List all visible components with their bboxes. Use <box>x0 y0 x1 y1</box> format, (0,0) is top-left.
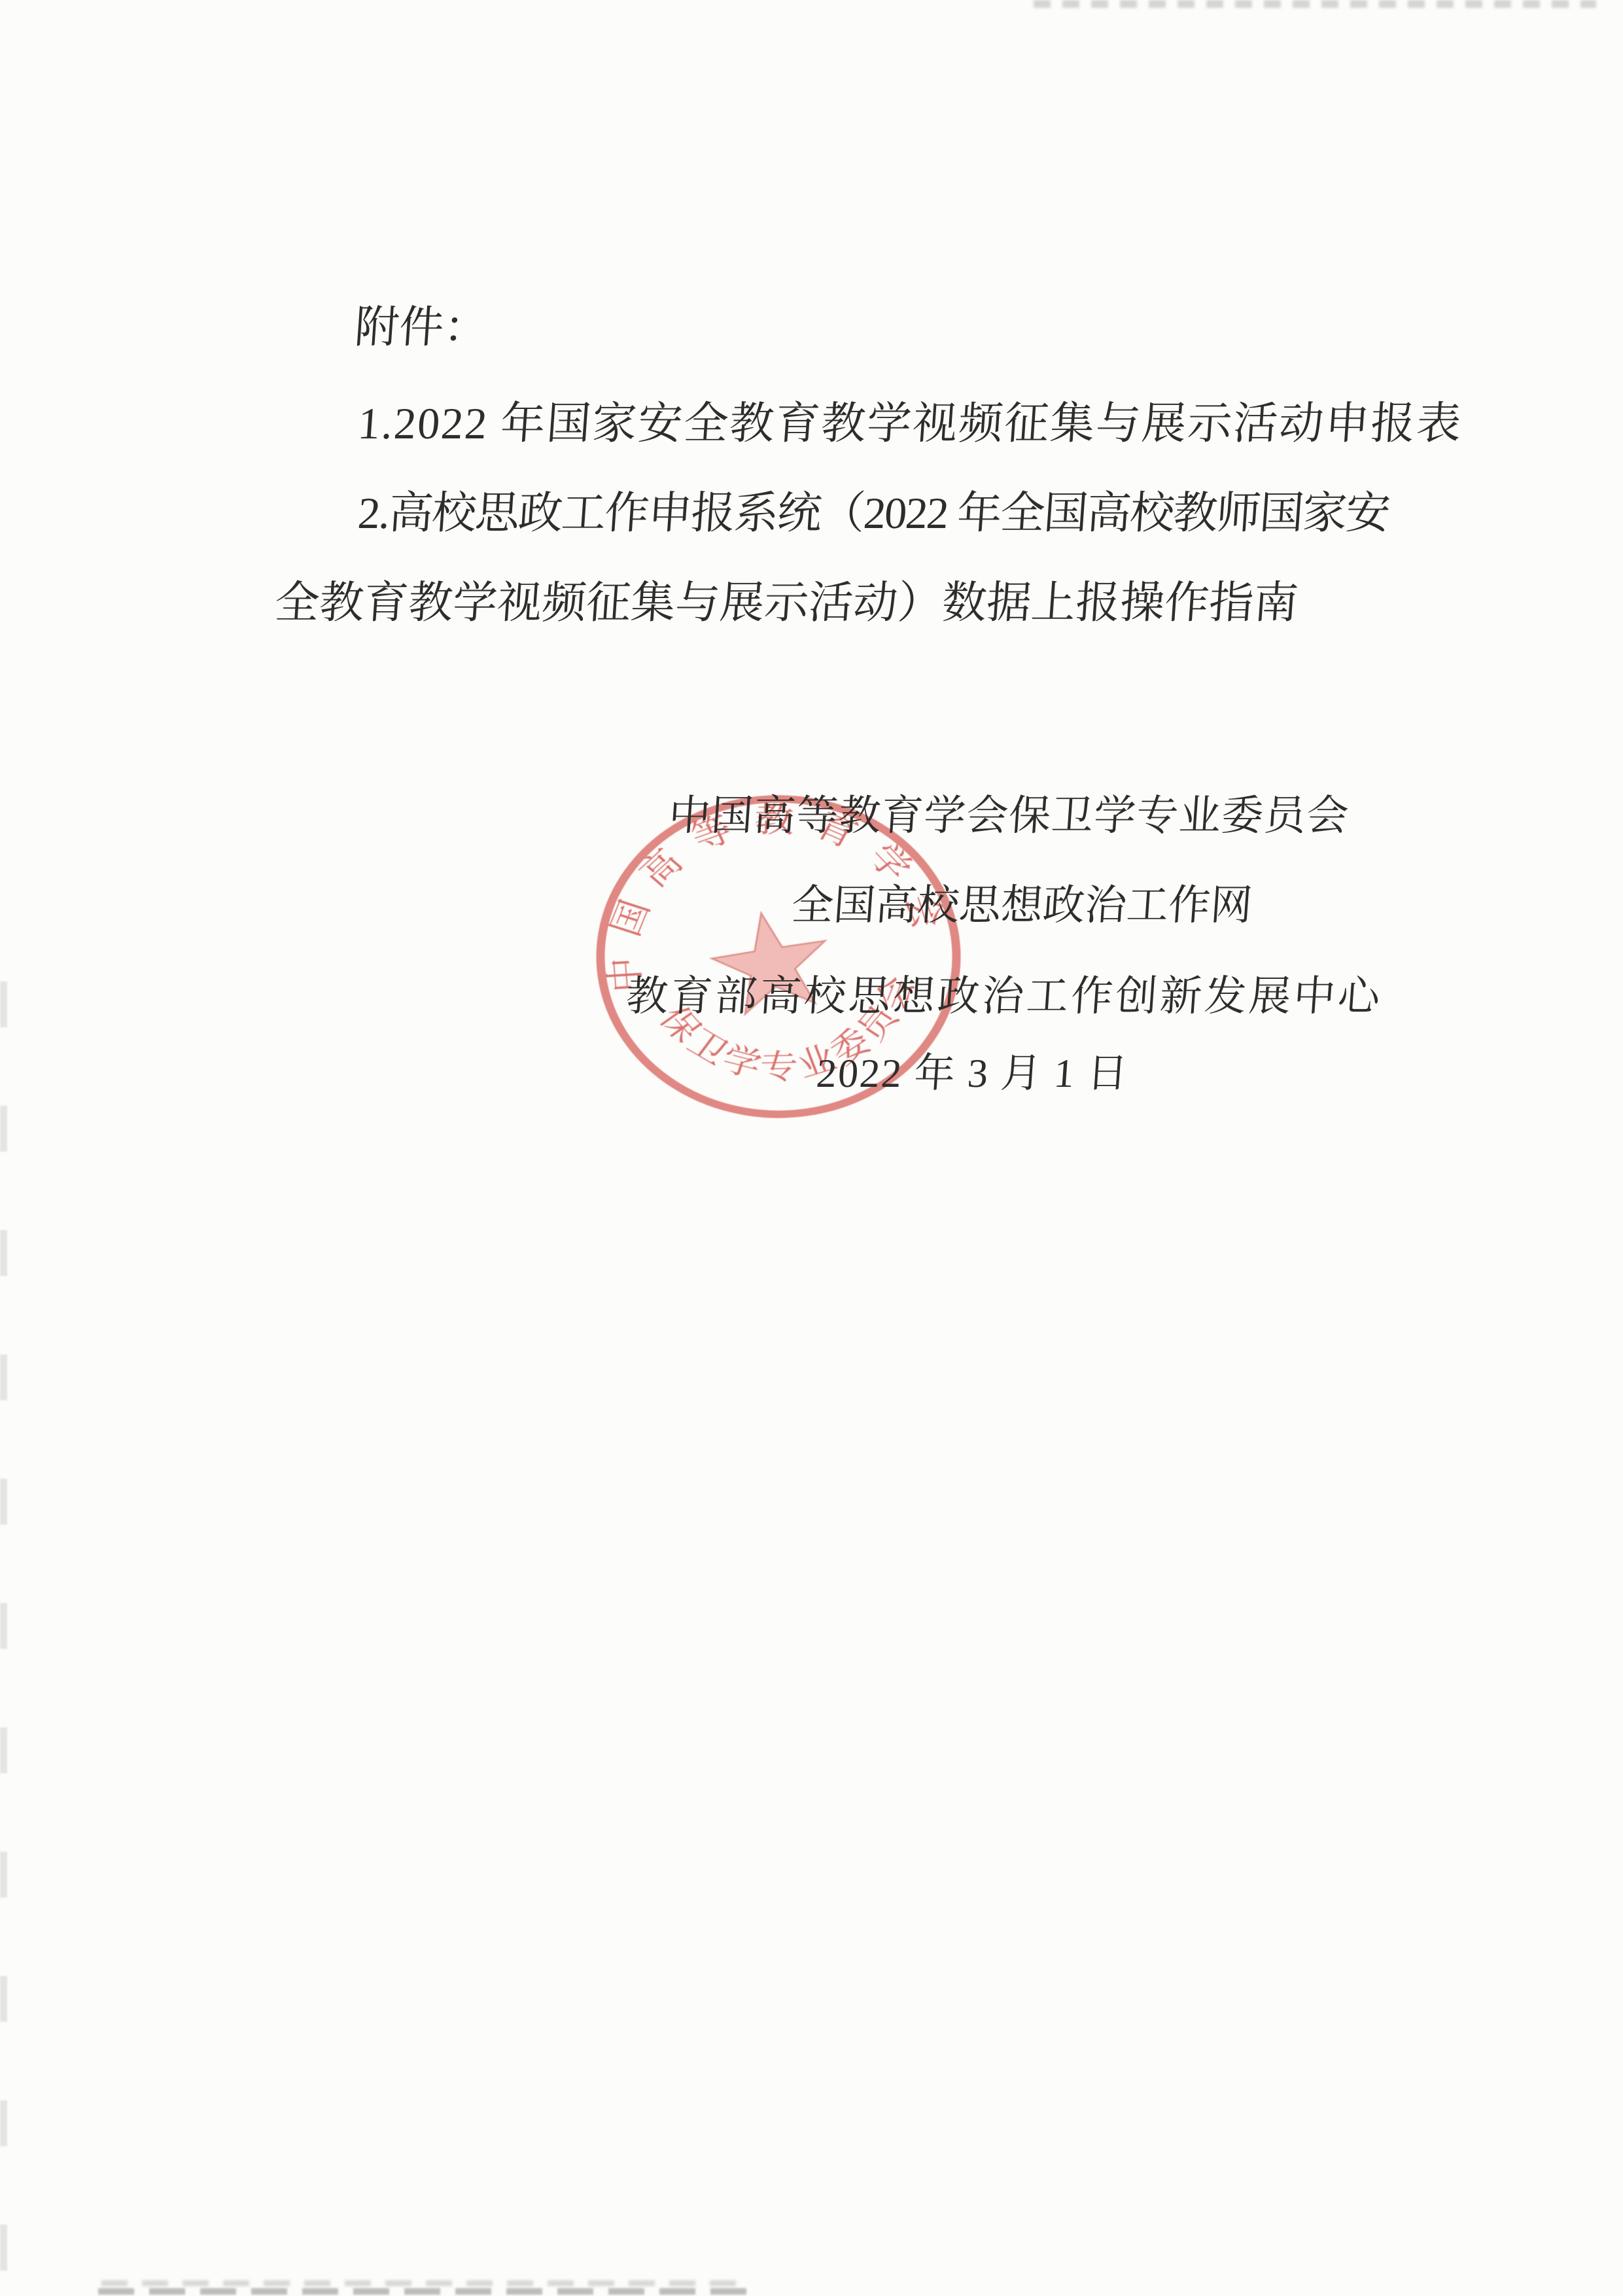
scan-artifact-bottom-edge <box>101 2280 749 2286</box>
attachment-item-1: 1.2022 年国家安全教育教学视频征集与展示活动申报表 <box>357 401 1464 446</box>
document-date: 2022 年 3 月 1 日 <box>815 1053 1130 1094</box>
scan-artifact-left-edge <box>0 981 7 2277</box>
attachment-item-2: 2.高校思政工作申报系统（2022 年全国高校教师国家安 <box>357 491 1391 535</box>
attachment-label: 附件： <box>353 305 490 349</box>
attachment-item-2-continued: 全教育教学视频征集与展示活动）数据上报操作指南 <box>273 580 1300 625</box>
scanned-document-page: 中国高等教育学会 保卫学专业委员会 附件： 1.2022 年国家安全教育教学视频… <box>0 0 1623 2296</box>
signature-org-3: 教育部高校思想政治工作创新发展中心 <box>625 976 1384 1017</box>
scan-artifact-bottom-edge <box>98 2288 752 2295</box>
scan-artifact-top-edge <box>1034 0 1596 8</box>
signature-org-1: 中国高等教育学会保卫学专业委员会 <box>667 795 1350 837</box>
signature-org-2: 全国高校思想政治工作网 <box>790 885 1253 927</box>
